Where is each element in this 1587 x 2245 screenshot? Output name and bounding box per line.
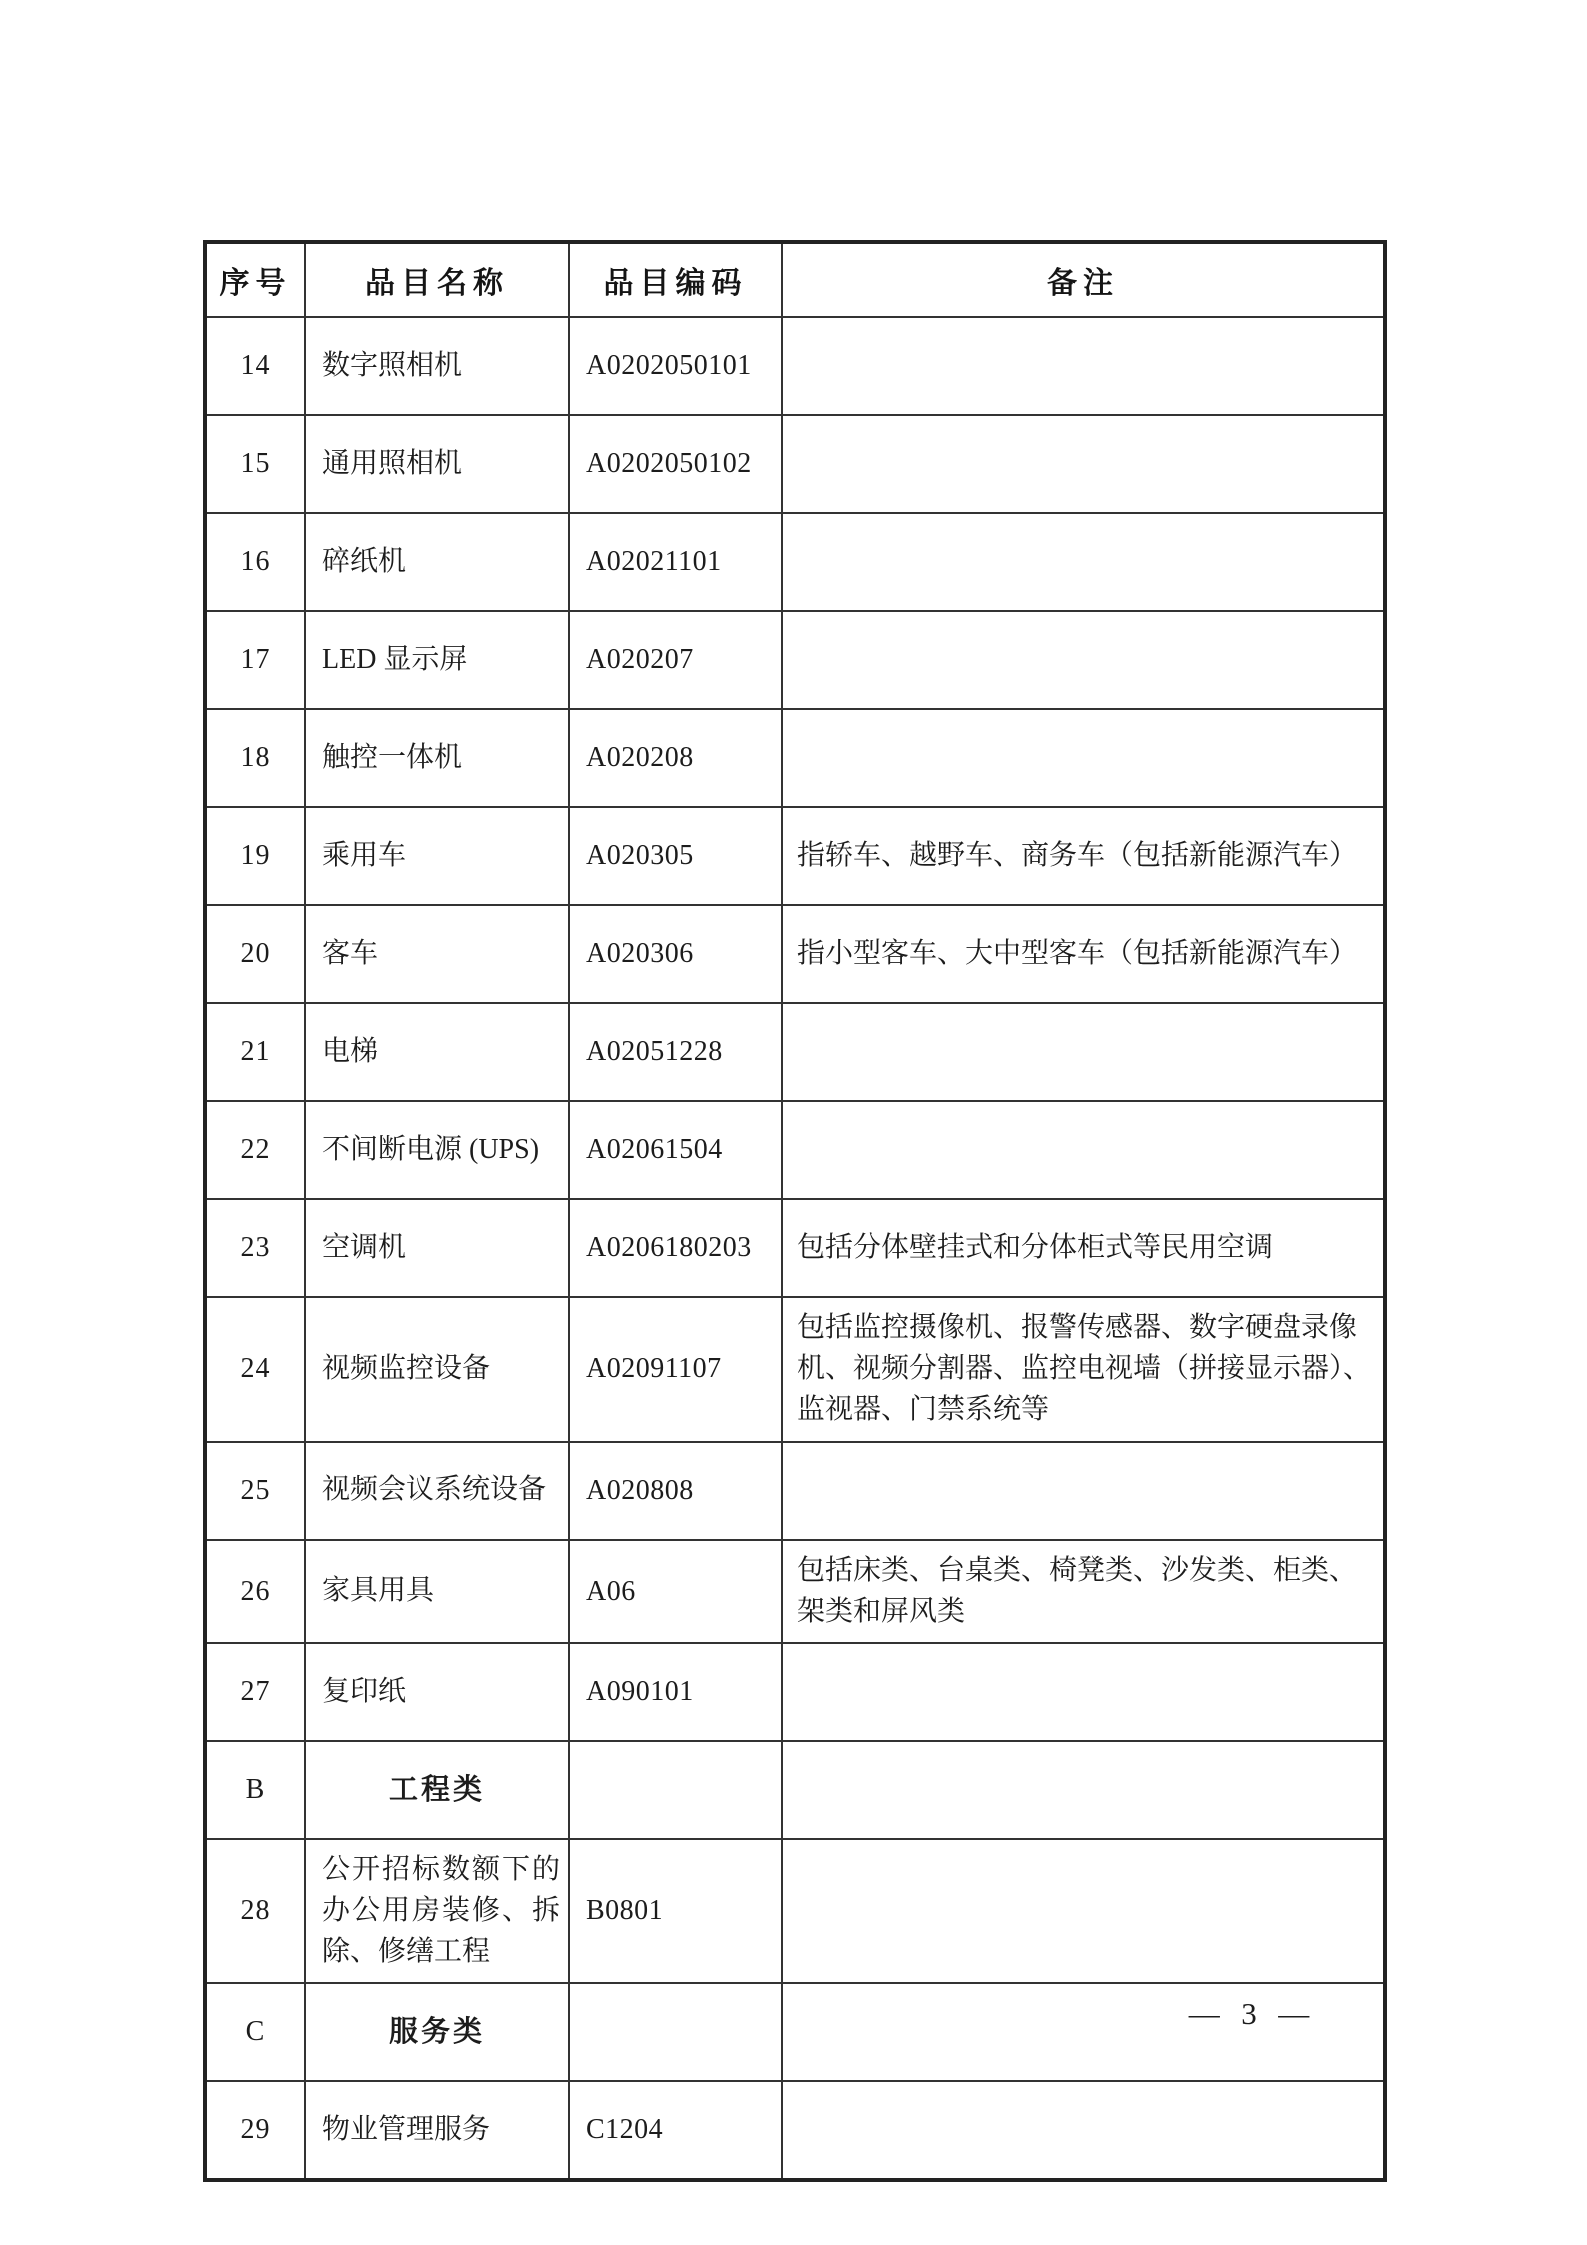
row-serial-cell: 20 [205,905,305,1003]
item-code-cell: A090101 [569,1643,782,1741]
row-serial-cell: 29 [205,2081,305,2180]
col-header-serial: 序号 [205,242,305,317]
item-code-cell [569,1983,782,2081]
item-code-cell: A020808 [569,1442,782,1540]
item-name-cell: 碎纸机 [305,513,569,611]
item-code-cell: A02091107 [569,1297,782,1442]
item-name-cell: 客车 [305,905,569,1003]
item-note-cell: 包括分体壁挂式和分体柜式等民用空调 [782,1199,1385,1297]
item-name-cell: 视频会议系统设备 [305,1442,569,1540]
item-code-cell: A0202050101 [569,317,782,415]
row-serial-cell: 28 [205,1839,305,1983]
item-code-cell: A020207 [569,611,782,709]
item-code-cell: A06 [569,1540,782,1644]
item-name-cell: 数字照相机 [305,317,569,415]
row-serial-cell: 27 [205,1643,305,1741]
table-row: 18触控一体机A020208 [205,709,1385,807]
row-serial-cell: 14 [205,317,305,415]
row-serial-cell: 17 [205,611,305,709]
item-note-cell [782,709,1385,807]
table-row: 29物业管理服务C1204 [205,2081,1385,2180]
table-row: 28公开招标数额下的办公用房装修、拆除、修缮工程B0801 [205,1839,1385,1983]
item-note-cell [782,1741,1385,1839]
item-note-cell [782,1839,1385,1983]
item-name-cell: 视频监控设备 [305,1297,569,1442]
item-note-cell [782,1101,1385,1199]
item-name-cell: 空调机 [305,1199,569,1297]
item-code-cell [569,1741,782,1839]
item-name-cell: LED 显示屏 [305,611,569,709]
item-name-cell: 复印纸 [305,1643,569,1741]
table-row: 19乘用车A020305指轿车、越野车、商务车（包括新能源汽车） [205,807,1385,905]
item-name-cell: 电梯 [305,1003,569,1101]
item-code-cell: A020208 [569,709,782,807]
row-serial-cell: 21 [205,1003,305,1101]
item-code-cell: A020305 [569,807,782,905]
item-code-cell: C1204 [569,2081,782,2180]
table-row: 25视频会议系统设备A020808 [205,1442,1385,1540]
row-serial-cell: 15 [205,415,305,513]
table-body: 14数字照相机A020205010115通用照相机A020205010216碎纸… [205,317,1385,2180]
table-row: 22不间断电源 (UPS)A02061504 [205,1101,1385,1199]
item-name-cell: 家具用具 [305,1540,569,1644]
row-serial-cell: 19 [205,807,305,905]
row-serial-cell: 25 [205,1442,305,1540]
item-note-cell [782,1003,1385,1101]
table-row: 17LED 显示屏A020207 [205,611,1385,709]
item-note-cell [782,1442,1385,1540]
table-row: 16碎纸机A02021101 [205,513,1385,611]
items-table: 序号 品目名称 品目编码 备注 14数字照相机A020205010115通用照相… [203,240,1387,2182]
item-note-cell: 指小型客车、大中型客车（包括新能源汽车） [782,905,1385,1003]
row-serial-cell: 26 [205,1540,305,1644]
item-note-cell [782,513,1385,611]
document-page: 序号 品目名称 品目编码 备注 14数字照相机A020205010115通用照相… [0,0,1587,2245]
item-code-cell: B0801 [569,1839,782,1983]
table-row: 21电梯A02051228 [205,1003,1385,1101]
col-header-note: 备注 [782,242,1385,317]
table-row: 15通用照相机A0202050102 [205,415,1385,513]
item-note-cell [782,611,1385,709]
item-note-cell: 指轿车、越野车、商务车（包括新能源汽车） [782,807,1385,905]
item-name-cell: 通用照相机 [305,415,569,513]
table-row: 23空调机A0206180203包括分体壁挂式和分体柜式等民用空调 [205,1199,1385,1297]
item-note-cell: 包括监控摄像机、报警传感器、数字硬盘录像机、视频分割器、监控电视墙（拼接显示器）… [782,1297,1385,1442]
row-serial-cell: 24 [205,1297,305,1442]
row-serial-cell: 18 [205,709,305,807]
table-row: B工程类 [205,1741,1385,1839]
table-row: 27复印纸A090101 [205,1643,1385,1741]
item-name-cell: 物业管理服务 [305,2081,569,2180]
col-header-item-name: 品目名称 [305,242,569,317]
table-row: 14数字照相机A0202050101 [205,317,1385,415]
item-name-cell: 不间断电源 (UPS) [305,1101,569,1199]
row-serial-cell: C [205,1983,305,2081]
item-name-cell: 服务类 [305,1983,569,2081]
item-note-cell [782,317,1385,415]
item-note-cell [782,415,1385,513]
page-number: — 3 — [1150,1996,1350,2032]
item-name-cell: 工程类 [305,1741,569,1839]
row-serial-cell: 16 [205,513,305,611]
item-note-cell: 包括床类、台桌类、椅凳类、沙发类、柜类、架类和屏风类 [782,1540,1385,1644]
col-header-item-code: 品目编码 [569,242,782,317]
item-name-cell: 公开招标数额下的办公用房装修、拆除、修缮工程 [305,1839,569,1983]
row-serial-cell: 22 [205,1101,305,1199]
item-code-cell: A02061504 [569,1101,782,1199]
item-note-cell [782,2081,1385,2180]
item-note-cell [782,1643,1385,1741]
item-code-cell: A0206180203 [569,1199,782,1297]
item-code-cell: A02051228 [569,1003,782,1101]
table-row: 20客车A020306指小型客车、大中型客车（包括新能源汽车） [205,905,1385,1003]
item-code-cell: A02021101 [569,513,782,611]
item-name-cell: 触控一体机 [305,709,569,807]
item-name-cell: 乘用车 [305,807,569,905]
table-row: 26家具用具A06包括床类、台桌类、椅凳类、沙发类、柜类、架类和屏风类 [205,1540,1385,1644]
item-code-cell: A0202050102 [569,415,782,513]
row-serial-cell: 23 [205,1199,305,1297]
item-code-cell: A020306 [569,905,782,1003]
table-header-row: 序号 品目名称 品目编码 备注 [205,242,1385,317]
row-serial-cell: B [205,1741,305,1839]
table-row: 24视频监控设备A02091107包括监控摄像机、报警传感器、数字硬盘录像机、视… [205,1297,1385,1442]
